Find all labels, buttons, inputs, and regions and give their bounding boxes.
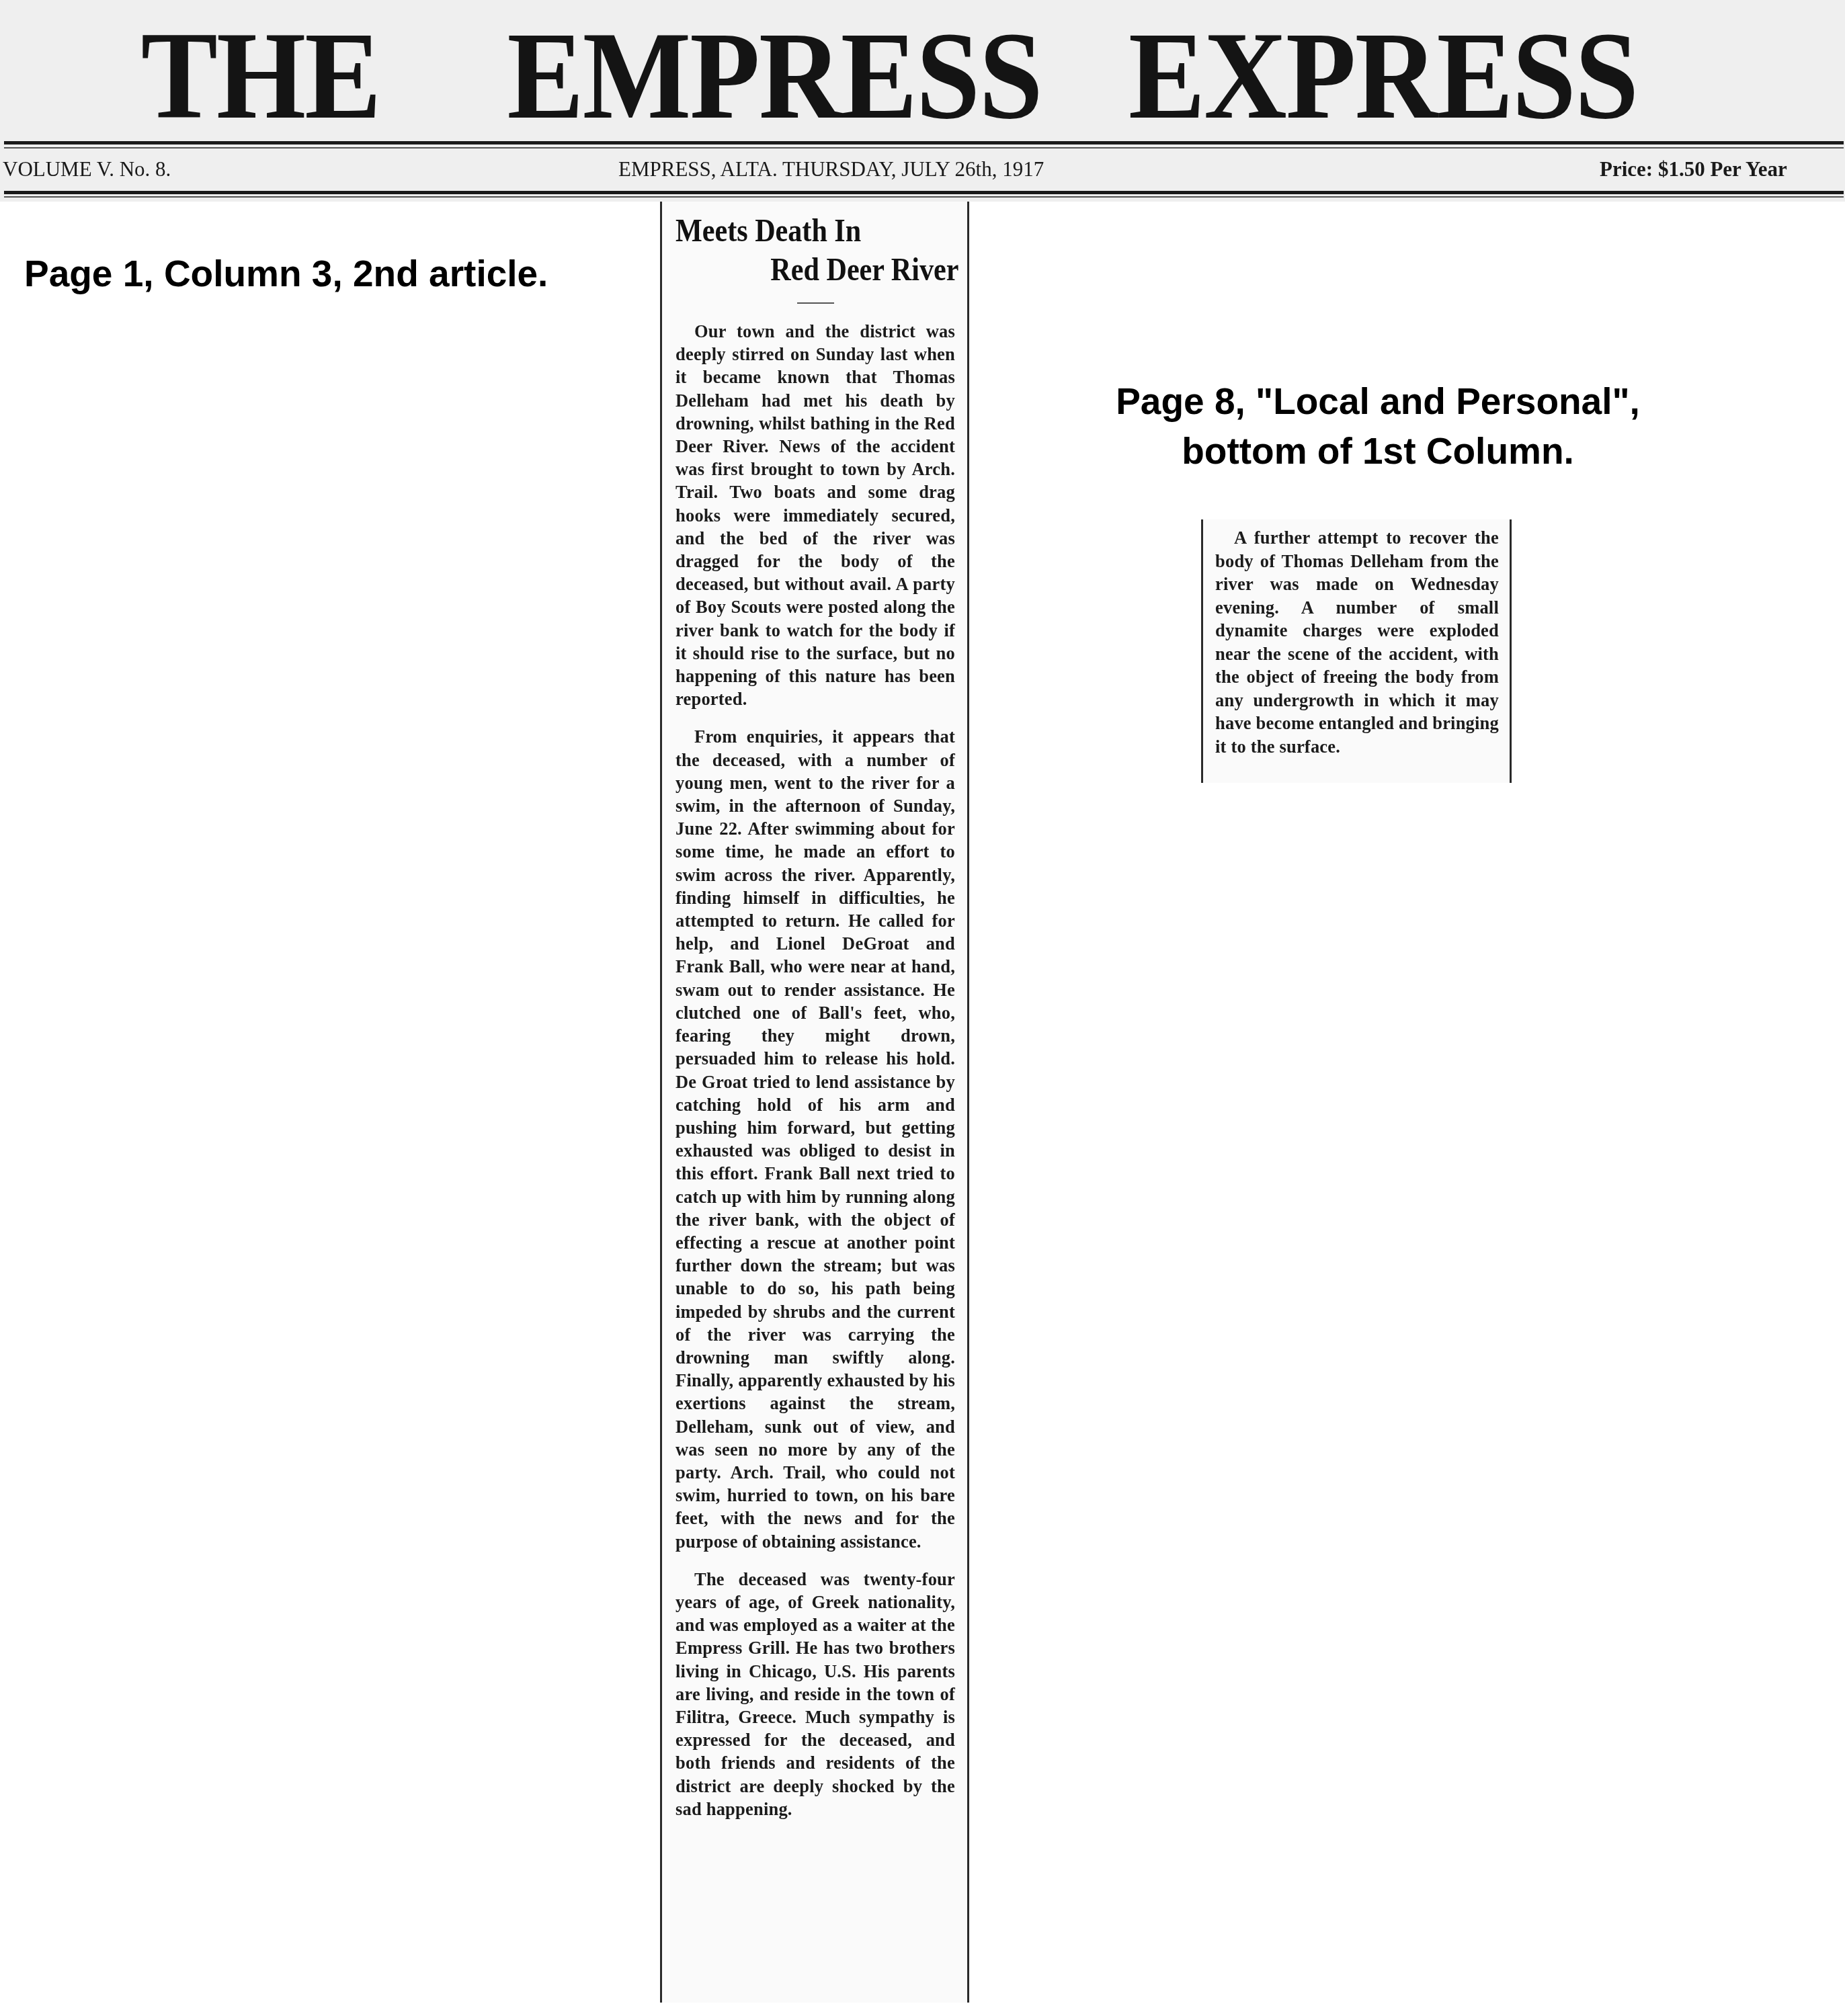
annotation-line-1: Page 8, "Local and Personal", <box>1049 376 1707 426</box>
title-word-empress: EMPRESS <box>507 12 1041 140</box>
masthead-rule-bottom <box>4 191 1844 194</box>
masthead-rule-top <box>4 141 1844 144</box>
article-clipping-meets-death: Meets Death In Red Deer River Our town a… <box>660 202 969 2003</box>
title-word-express: EXPRESS <box>1129 12 1637 140</box>
article-paragraph: Our town and the district was deeply sti… <box>675 320 955 710</box>
newspaper-masthead: THE EMPRESS EXPRESS VOLUME V. No. 8. EMP… <box>0 0 1845 202</box>
subscription-price: Price: $1.50 Per Year <box>1600 156 1787 183</box>
headline-divider <box>797 302 834 304</box>
masthead-rule-top-thin <box>4 147 1844 149</box>
annotation-article-2-location: Page 8, "Local and Personal", bottom of … <box>1049 376 1707 476</box>
title-word-the: THE <box>141 12 380 140</box>
article-paragraph: A further attempt to recover the body of… <box>1215 526 1499 758</box>
annotation-line-2: bottom of 1st Column. <box>1049 426 1707 476</box>
newspaper-title: THE EMPRESS EXPRESS <box>0 12 1697 140</box>
masthead-rule-bottom-thin <box>4 196 1844 198</box>
article-paragraph: From enquiries, it appears that the dece… <box>675 725 955 1552</box>
article-clipping-local-and-personal: A further attempt to recover the body of… <box>1201 519 1512 783</box>
article-paragraph: The deceased was twenty-four years of ag… <box>675 1568 955 1820</box>
headline-line-2: Red Deer River <box>675 250 958 289</box>
place-and-date: EMPRESS, ALTA. THURSDAY, JULY 26th, 1917 <box>618 156 1044 183</box>
article-headline: Meets Death In Red Deer River <box>675 211 958 289</box>
headline-line-1: Meets Death In <box>675 211 958 250</box>
annotation-article-1-location: Page 1, Column 3, 2nd article. <box>24 249 548 298</box>
volume-number: VOLUME V. No. 8. <box>3 156 171 183</box>
